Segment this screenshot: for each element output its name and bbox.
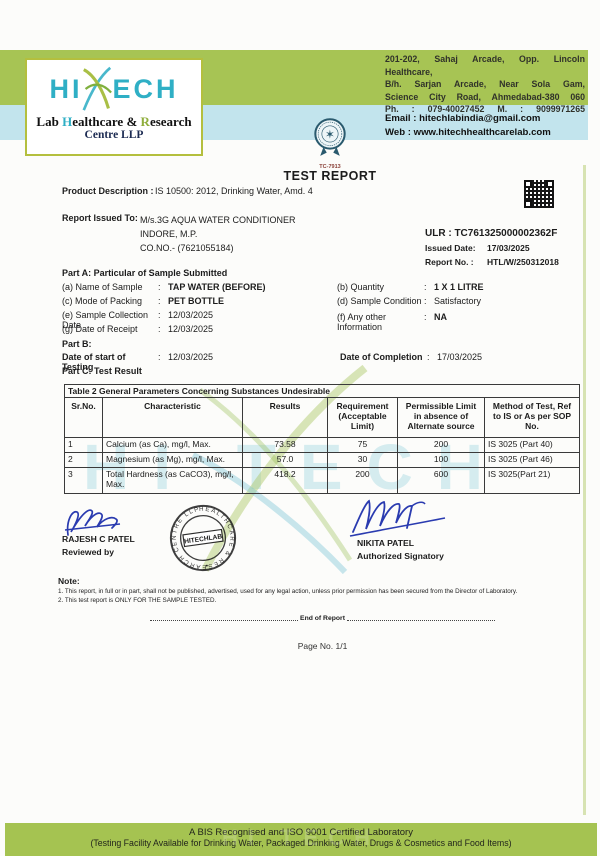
cell-permissible: 200 — [398, 438, 485, 453]
logo-wordmark: HI ECH — [27, 64, 201, 114]
page-title: TEST REPORT — [180, 169, 480, 183]
cell-requirement: 75 — [328, 438, 398, 453]
field-date-of-receipt: (g) Date of Receipt:12/03/2025 — [62, 324, 213, 334]
signatory-role: Authorized Signatory — [357, 551, 444, 561]
field-label: Date of Completion — [340, 352, 427, 362]
qr-finder — [524, 180, 532, 188]
svg-text:✶: ✶ — [325, 127, 335, 141]
cell-requirement: 30 — [328, 453, 398, 468]
tagline-part: ealthcare & — [72, 114, 140, 129]
field-value: Satisfactory — [434, 296, 481, 306]
field-value: 12/03/2025 — [168, 352, 213, 372]
issued-to-line: CO.NO.- (7621055184) — [140, 241, 296, 255]
signatory-name: NIKITA PATEL — [357, 538, 414, 548]
field-label: (b) Quantity — [337, 282, 424, 292]
scan-artifact-line — [583, 165, 586, 815]
cell-result: 73.58 — [243, 438, 328, 453]
part-b-heading: Part B: — [62, 339, 92, 349]
qr-finder — [546, 180, 554, 188]
field-name-of-sample: (a) Name of Sample:TAP WATER (BEFORE) — [62, 282, 266, 292]
logo-tagline: Lab Healthcare & Research — [27, 114, 201, 129]
table-title: Table 2 General Parameters Concerning Su… — [65, 385, 580, 398]
field-label: (c) Mode of Packing — [62, 296, 158, 306]
col-header-permissible-limit: Permissible Limit in absence of Alternat… — [398, 398, 485, 438]
field-other-information: (f) Any other Information:NA — [337, 312, 447, 332]
table-row: 3 Total Hardness (as CaCO3), mg/l, Max. … — [65, 468, 580, 494]
col-header-requirement: Requirement (Acceptable Limit) — [328, 398, 398, 438]
ulr-block: ULR : TC761325000002362F Issued Date: 17… — [425, 228, 559, 267]
end-of-report-divider: End of Report — [150, 615, 495, 622]
issued-to-line: M/s.3G AQUA WATER CONDITIONER — [140, 213, 296, 227]
product-description-value: IS 10500: 2012, Drinking Water, Amd. 4 — [155, 186, 313, 196]
table-header-row: Sr.No. Characteristic Results Requiremen… — [65, 398, 580, 438]
cell-requirement: 200 — [328, 468, 398, 494]
qr-code — [524, 180, 554, 208]
lab-logo: HI ECH Lab Healthcare & Research Centre … — [25, 58, 203, 156]
seal-emblem-icon: ✶ — [307, 116, 353, 160]
product-description-label: Product Description : — [62, 186, 155, 196]
field-label: (g) Date of Receipt — [62, 324, 158, 334]
issued-date-label: Issued Date: — [425, 243, 487, 253]
field-label: (f) Any other Information — [337, 312, 424, 332]
ulr-row: ULR : TC761325000002362F — [425, 228, 559, 239]
field-value: 12/03/2025 — [168, 324, 213, 334]
logo-leaf-icon — [82, 65, 112, 113]
logo-word-left: HI — [49, 74, 82, 105]
report-no-label: Report No. : — [425, 257, 487, 267]
cell-srno: 3 — [65, 468, 103, 494]
issued-date-row: Issued Date: 17/03/2025 — [425, 243, 559, 253]
col-header-characteristic: Characteristic — [103, 398, 243, 438]
field-value: 1 X 1 LITRE — [434, 282, 484, 292]
tagline-part: R — [141, 114, 150, 129]
cell-result: 418.2 — [243, 468, 328, 494]
issued-to-block: M/s.3G AQUA WATER CONDITIONER INDORE, M.… — [140, 213, 296, 255]
results-table: Table 2 General Parameters Concerning Su… — [64, 384, 580, 494]
cell-method: IS 3025 (Part 40) — [485, 438, 580, 453]
tagline-part: H — [62, 114, 72, 129]
table-row: 1 Calcium (as Ca), mg/l, Max. 73.58 75 2… — [65, 438, 580, 453]
reviewer-name: RAJESH C PATEL — [62, 534, 135, 544]
col-header-srno: Sr.No. — [65, 398, 103, 438]
ulr-label: ULR : — [425, 228, 452, 239]
field-mode-of-packing: (c) Mode of Packing:PET BOTTLE — [62, 296, 224, 306]
part-a-heading: Part A: Particular of Sample Submitted — [62, 268, 227, 278]
cell-characteristic: Total Hardness (as CaCO3), mg/l, Max. — [103, 468, 243, 494]
report-no-value: HTL/W/250312018 — [487, 257, 559, 267]
address-line: B/h. Sarjan Arcade, Near Sola Gam, — [385, 78, 585, 91]
footer-band: HI TECH A BIS Recognised and ISO 9001 Ce… — [5, 823, 597, 856]
dotted-line — [150, 616, 298, 621]
field-quantity: (b) Quantity:1 X 1 LITRE — [337, 282, 484, 292]
web-line: Web : www.hitechhealthcarelab.com — [385, 126, 585, 140]
email-line: Email : hitechlabindia@gmail.com — [385, 112, 585, 126]
table-row: 2 Magnesium (as Mg), mg/l, Max. 57.0 30 … — [65, 453, 580, 468]
tagline-part: esearch — [150, 114, 192, 129]
col-header-results: Results — [243, 398, 328, 438]
field-label: (d) Sample Condition — [337, 296, 424, 306]
field-value: TAP WATER (BEFORE) — [168, 282, 266, 292]
lab-address: 201-202, Sahaj Arcade, Opp. Lincoln Heal… — [385, 53, 585, 116]
product-description-row: Product Description : IS 10500: 2012, Dr… — [62, 186, 313, 196]
report-no-row: Report No. : HTL/W/250312018 — [425, 257, 559, 267]
lab-stamp: HEALTHCARE & RESEARCH CENTRE LLP • HITEC… — [163, 498, 242, 577]
lab-contact: Email : hitechlabindia@gmail.com Web : w… — [385, 112, 585, 139]
cell-method: IS 3025 (Part 46) — [485, 453, 580, 468]
part-c-heading: Part C: Test Result — [62, 366, 142, 376]
end-of-report-label: End of Report — [298, 615, 347, 622]
field-value: PET BOTTLE — [168, 296, 224, 306]
field-label: (a) Name of Sample — [62, 282, 158, 292]
cell-characteristic: Calcium (as Ca), mg/l, Max. — [103, 438, 243, 453]
logo-subtitle: Centre LLP — [27, 129, 201, 141]
footer-watermark: HI TECH — [5, 825, 597, 851]
cell-permissible: 600 — [398, 468, 485, 494]
cell-method: IS 3025(Part 21) — [485, 468, 580, 494]
issued-to-line: INDORE, M.P. — [140, 227, 296, 241]
address-line: Science City Road, Ahmedabad-380 060 — [385, 91, 585, 104]
field-sample-condition: (d) Sample Condition:Satisfactory — [337, 296, 481, 306]
cell-srno: 1 — [65, 438, 103, 453]
page-number: Page No. 1/1 — [150, 641, 495, 651]
field-value: 17/03/2025 — [437, 352, 482, 362]
ulr-value: TC761325000002362F — [454, 228, 557, 239]
cell-srno: 2 — [65, 453, 103, 468]
qr-finder — [524, 200, 532, 208]
authorized-signature — [345, 496, 465, 541]
address-line: 201-202, Sahaj Arcade, Opp. Lincoln Heal… — [385, 53, 585, 78]
col-header-method: Method of Test, Ref to IS or As per SOP … — [485, 398, 580, 438]
issued-to-label: Report Issued To: — [62, 213, 138, 223]
field-date-of-completion: Date of Completion:17/03/2025 — [340, 352, 482, 362]
field-value: NA — [434, 312, 447, 332]
logo-word-right: ECH — [112, 74, 178, 105]
accreditation-seal: ✶ TC-7913 — [305, 116, 355, 170]
cell-result: 57.0 — [243, 453, 328, 468]
tagline-part: Lab — [36, 114, 62, 129]
note-heading: Note: — [58, 576, 80, 586]
issued-date-value: 17/03/2025 — [487, 243, 530, 253]
dotted-line — [347, 616, 495, 621]
cell-characteristic: Magnesium (as Mg), mg/l, Max. — [103, 453, 243, 468]
cell-permissible: 100 — [398, 453, 485, 468]
reviewer-role: Reviewed by — [62, 547, 114, 557]
note-line-2: 2. This test report is ONLY FOR THE SAMP… — [58, 596, 558, 606]
